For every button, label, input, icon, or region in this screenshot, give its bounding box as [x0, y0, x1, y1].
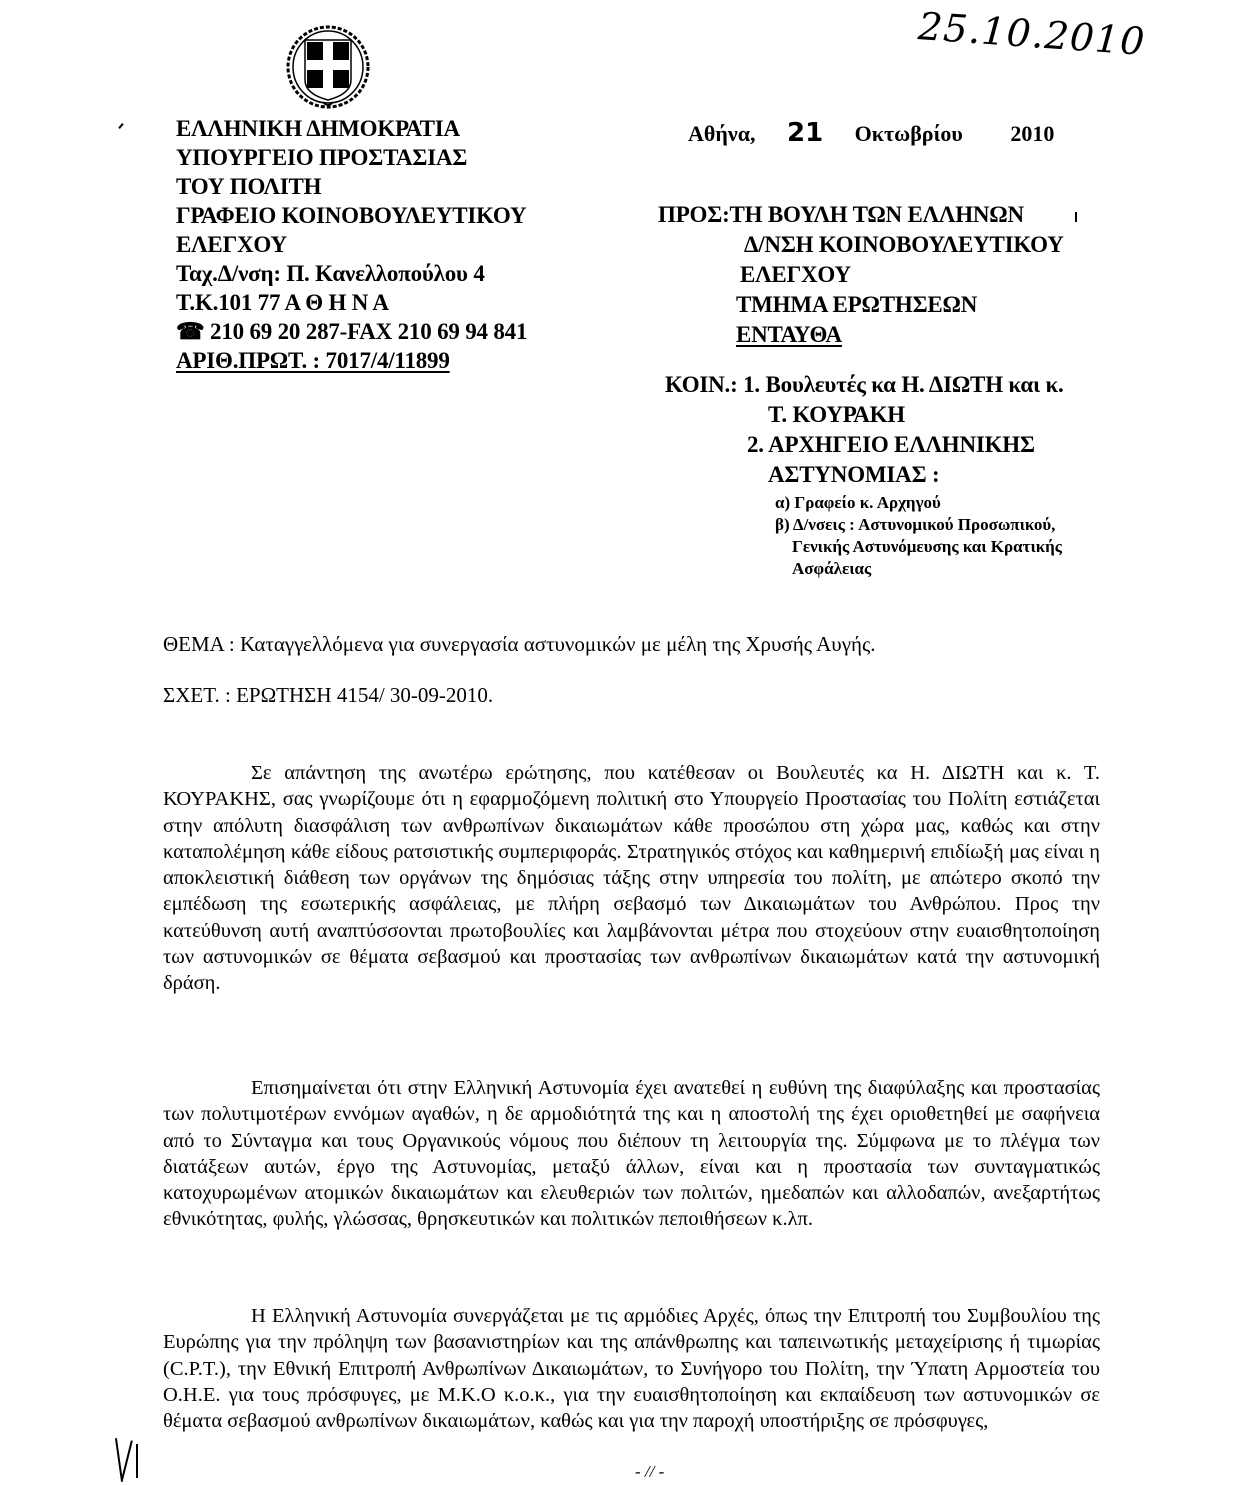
sender-phone: ☎ 210 69 20 287-FAX 210 69 94 841 [176, 317, 527, 346]
sender-address: Ταχ.Δ/νση: Π. Κανελλοπούλου 4 [176, 259, 527, 288]
cc-item-1: 1. Βουλευτές κα Η. ΔΙΩΤΗ και κ. [743, 372, 1063, 397]
date-month: Οκτωβρίου [855, 121, 963, 147]
body-paragraph-1: Σε απάντηση της ανωτέρω ερώτησης, που κα… [163, 760, 1100, 997]
sender-postcode: Τ.Κ.101 77 Α Θ Η Ν Α [176, 288, 527, 317]
scan-mark [1075, 212, 1077, 222]
sender-line-office-2: ΕΛΕΓΧΟΥ [176, 230, 527, 259]
body-paragraph-3: Η Ελληνική Αστυνομία συνεργάζεται με τις… [163, 1303, 1100, 1434]
protocol-number: ΑΡΙΘ.ΠΡΩΤ. : 7017/4/11899 [176, 346, 527, 375]
recipient-line-4: ΤΜΗΜΑ ΕΡΩΤΗΣΕΩΝ [658, 290, 1064, 320]
scan-mark [118, 123, 123, 129]
telephone-icon: ☎ [176, 319, 204, 344]
cc-sub-b-cont: Γενικής Αστυνόμευσης και Κρατικής [665, 536, 1064, 558]
sender-line-ministry-2: ΤΟΥ ΠΟΛΙΤΗ [176, 172, 527, 201]
cc-sub-b-cont-2: Ασφάλειας [665, 558, 1064, 580]
scan-mark [136, 1444, 138, 1478]
sender-line-country: ΕΛΛΗΝΙΚΗ ΔΗΜΟΚΡΑΤΙΑ [176, 114, 527, 143]
cc-item-1-cont: Τ. ΚΟΥΡΑΚΗ [665, 400, 1064, 430]
cc-block: ΚΟΙΝ.: 1. Βουλευτές κα Η. ΔΙΩΤΗ και κ. Τ… [665, 370, 1064, 580]
greek-coat-of-arms-icon [283, 22, 373, 112]
cc-item-2-cont: ΑΣΤΥΝΟΜΙΑΣ : [665, 460, 1064, 490]
cc-sub-a: α) Γραφείο κ. Αρχηγού [665, 492, 1064, 514]
reference-line: ΣΧΕΤ. : ΕΡΩΤΗΣΗ 4154/ 30-09-2010. [163, 683, 493, 708]
cc-sub-b: β) Δ/νσεις : Αστυνομικού Προσωπικού, [665, 514, 1064, 536]
cc-item-2: 2. ΑΡΧΗΓΕΙΟ ΕΛΛΗΝΙΚΗΣ [665, 430, 1064, 460]
handwritten-date: 25.10.2010 [917, 4, 1147, 64]
recipient-line-2: Δ/ΝΣΗ ΚΟΙΝΟΒΟΥΛΕΥΤΙΚΟΥ [658, 230, 1064, 260]
date-year: 2010 [1010, 121, 1054, 147]
recipient-line-5: ΕΝΤΑΥΘΑ [658, 320, 1064, 350]
date-day: 21 [787, 118, 823, 148]
page-continuation: - // - [635, 1462, 664, 1482]
sender-line-office: ΓΡΑΦΕΙΟ ΚΟΙΝΟΒΟΥΛΕΥΤΙΚΟΥ [176, 201, 527, 230]
recipient-block: ΠΡΟΣ:ΤΗ ΒΟΥΛΗ ΤΩΝ ΕΛΛΗΝΩΝ Δ/ΝΣΗ ΚΟΙΝΟΒΟΥ… [658, 200, 1064, 350]
recipient-line-3: ΕΛΕΓΧΟΥ [658, 260, 1064, 290]
sender-line-ministry: ΥΠΟΥΡΓΕΙΟ ΠΡΟΣΤΑΣΙΑΣ [176, 143, 527, 172]
date-line: Αθήνα, 21 Οκτωβρίου 2010 [688, 118, 1054, 148]
cc-label: ΚΟΙΝ.: [665, 372, 738, 397]
sender-block: ΕΛΛΗΝΙΚΗ ΔΗΜΟΚΡΑΤΙΑ ΥΠΟΥΡΓΕΙΟ ΠΡΟΣΤΑΣΙΑΣ… [176, 114, 527, 375]
recipient-label: ΠΡΟΣ: [658, 202, 730, 227]
subject-line: ΘΕΜΑ : Καταγγελλόμενα για συνεργασία αστ… [163, 632, 876, 657]
body-paragraph-2: Επισημαίνεται ότι στην Ελληνική Αστυνομί… [163, 1075, 1100, 1233]
date-city: Αθήνα, [688, 121, 755, 146]
scan-mark [121, 1440, 133, 1479]
recipient-line-1: ΤΗ ΒΟΥΛΗ ΤΩΝ ΕΛΛΗΝΩΝ [730, 202, 1024, 227]
